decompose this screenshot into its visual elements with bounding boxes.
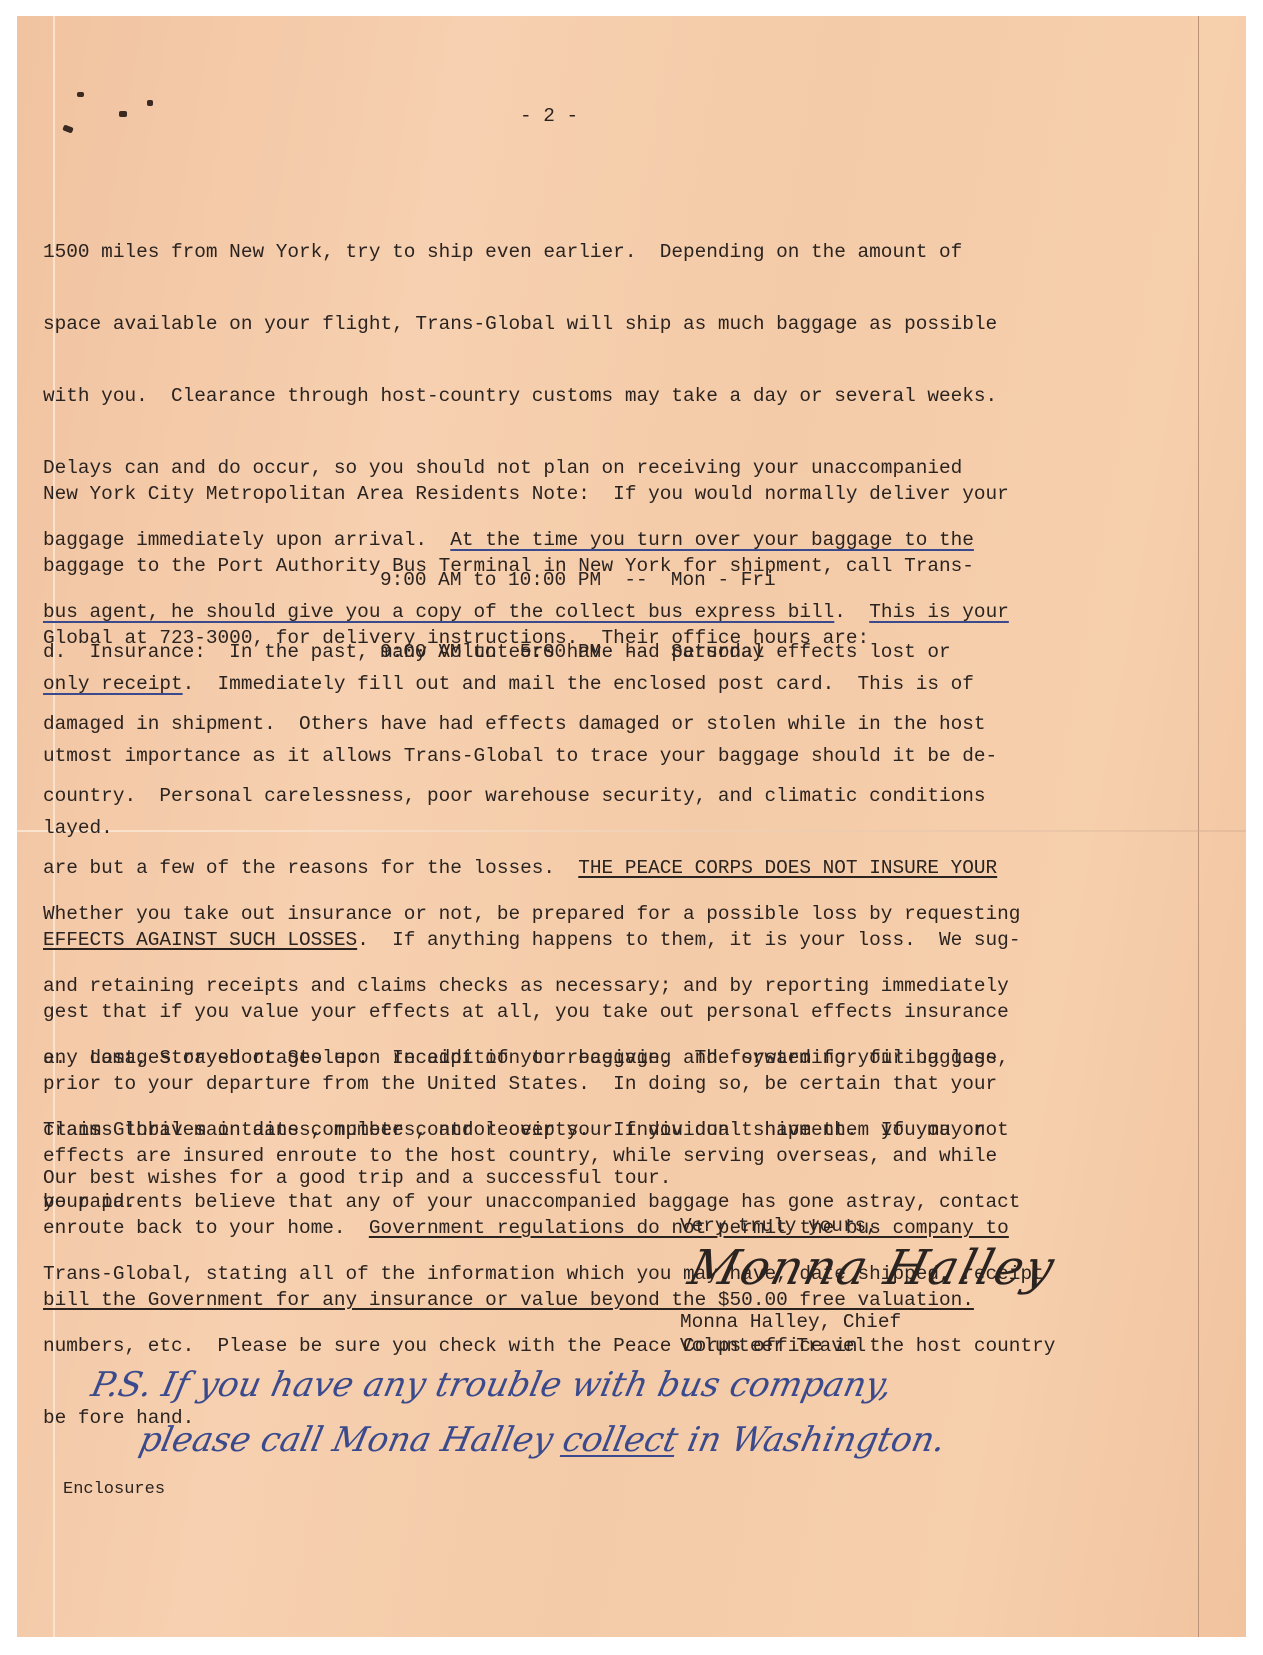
page-number: - 2 - [520,104,578,128]
handwritten-signature: Monna Halley [683,1240,1061,1296]
closing: Very truly yours, [680,1214,878,1238]
enclosures-label: Enclosures [63,1478,165,1502]
text-span: please call Mona Halley [136,1420,568,1460]
hours-weekday: 9:00 AM to 10:00 PM -- Mon - Fri [380,568,776,592]
text-line: country. Personal carelessness, poor war… [43,784,1020,808]
handwritten-postscript-line1: P.S. If you have any trouble with bus co… [88,1365,896,1405]
text-line: Whether you take out insurance or not, b… [43,902,1020,926]
signer-name-title: Monna Halley, Chief [680,1310,901,1334]
text-line: your parents believe that any of your un… [43,1190,1055,1214]
handwritten-postscript-line2: please call Mona Halley collect in Washi… [136,1420,949,1460]
paper-edge-line [1198,16,1199,1637]
text-line: Trans-Global maintains complete control … [43,1118,1055,1142]
pen-underlined-text: collect [559,1420,682,1460]
signer-department: Volunteer Travel [680,1334,866,1358]
text-line: space available on your flight, Trans-Gl… [43,312,1009,336]
text-span: in Washington. [673,1420,949,1460]
text-line: d. Insurance: In the past, many Voluntee… [43,640,1020,664]
text-line: with you. Clearance through host-country… [43,384,1009,408]
staple-holes-icon [59,86,169,146]
paragraph-best-wishes: Our best wishes for a good trip and a su… [43,1166,671,1190]
text-line: numbers, etc. Please be sure you check w… [43,1334,1055,1358]
text-line: New York City Metropolitan Area Resident… [43,482,1009,506]
text-line: 1500 miles from New York, try to ship ev… [43,240,1009,264]
text-line: and retaining receipts and claims checks… [43,974,1020,998]
text-line: damaged in shipment. Others have had eff… [43,712,1020,736]
text-line: e. Lost, Strayed or Stolen: In addition … [43,1046,1055,1070]
